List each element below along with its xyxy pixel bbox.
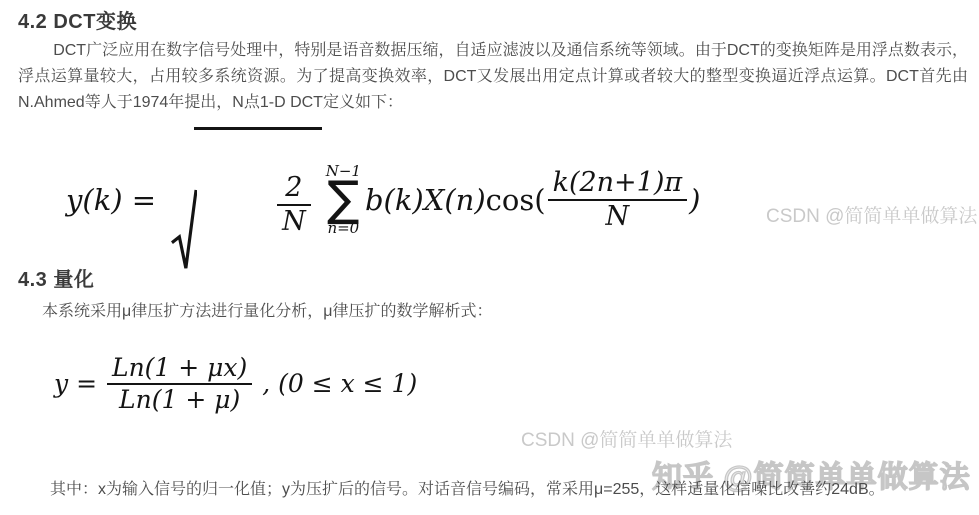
paragraph-dct-intro: DCT广泛应用在数字信号处理中，特别是语音数据压缩，自适应滤波以及通信系统等领域…: [18, 38, 968, 116]
fraction-2-over-N: 2 N: [277, 173, 311, 236]
formula-mid-terms: b(k)X(n): [365, 183, 486, 217]
section-heading-dct: 4.2 DCT变换: [18, 5, 137, 34]
section-heading-quantization: 4.3 量化: [18, 263, 94, 292]
article-page: 4.2 DCT变换 DCT广泛应用在数字信号处理中，特别是语音数据压缩，自适应滤…: [0, 0, 979, 515]
formula-lhs: y(k) =: [66, 183, 165, 217]
dct-formula: y(k) = 2 N N−1 ∑ n=0 b(k)X(n) cos( k(2n+…: [66, 127, 700, 272]
square-root: 2 N: [171, 127, 321, 272]
closing-paren: ): [689, 183, 700, 217]
mu-law-formula: y = Ln(1 + μx) Ln(1 + μ) , (0 ≤ x ≤ 1): [54, 354, 417, 413]
watermark-csdn-1: CSDN @简简单单做算法: [766, 201, 977, 228]
cos-operator: cos(: [486, 183, 546, 217]
paragraph-closing: 其中：x为输入信号的归一化值；y为压扩后的信号。对话音信号编码，常采用μ=255…: [18, 477, 968, 503]
formula-domain: , (0 ≤ x ≤ 1): [254, 369, 417, 398]
paragraph-quantization-intro: 本系统采用μ律压扩方法进行量化分析，μ律压扩的数学解析式：: [18, 299, 968, 325]
fraction-cos-argument: k(2n+1)π N: [548, 168, 688, 231]
summation: N−1 ∑ n=0: [326, 163, 361, 237]
fraction-mu-law: Ln(1 + μx) Ln(1 + μ): [107, 354, 252, 413]
sum-lower-limit: n=0: [327, 220, 359, 237]
watermark-csdn-2: CSDN @简简单单做算法: [521, 425, 732, 452]
formula-lhs: y =: [54, 369, 105, 398]
radicand: 2 N: [194, 127, 321, 272]
sigma-symbol: ∑: [327, 179, 359, 220]
